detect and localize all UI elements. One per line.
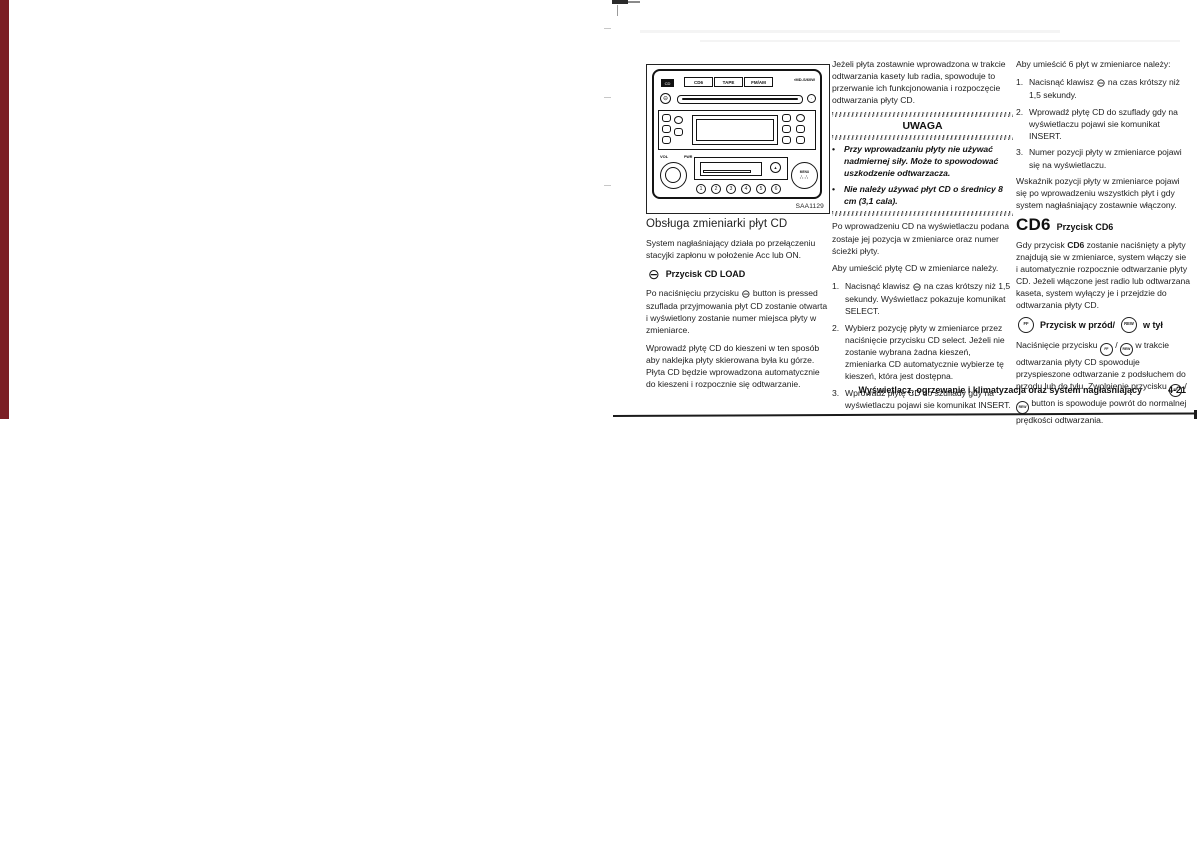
menu-knob: MENU ∴∴ — [791, 162, 818, 189]
bullet-text: Przy wprowadzaniu płyty nie używać nadmi… — [844, 143, 1013, 179]
radio-key — [782, 114, 791, 122]
figure-caption: SAA1129 — [796, 203, 824, 210]
radio-mid-panel — [658, 110, 816, 150]
page-footer: Wyświetlacz, ogrzewanie i klimatyzacja o… — [0, 385, 1186, 395]
cd6-heading-big: CD6 — [1016, 219, 1051, 231]
column-middle: Jeżeli płyta zostawnie wprowadzona w tra… — [832, 58, 1013, 416]
paragraph: Aby umieścić 6 płyt w zmieniarce należy: — [1016, 58, 1190, 70]
scan-mark-top-2 — [628, 1, 640, 3]
preset-label: 1 — [700, 186, 703, 192]
list-number: 3. — [1016, 146, 1029, 170]
hatch-rule — [832, 135, 1013, 140]
radio-key — [782, 136, 791, 144]
list-item: 2. Wprowadź płytę CD do szuflady gdy na … — [1016, 106, 1190, 142]
dot: · — [811, 96, 812, 101]
cd-load-heading-label: Przycisk CD LOAD — [666, 268, 746, 280]
list-number: 1. — [832, 280, 845, 318]
uwaga-box: UWAGA •Przy wprowadzaniu płyty nie używa… — [832, 112, 1013, 217]
paragraph: Wskaźnik pozycji płyty w zmieniarce poja… — [1016, 175, 1190, 211]
list-text: Wprowadź płytę CD do szuflady gdy na wyś… — [1029, 106, 1190, 142]
preset-label: 3 — [730, 186, 733, 192]
cd-load-icon: ⊖ — [741, 288, 750, 300]
cassette-slot: ▲ — [694, 157, 788, 180]
cassette-door-line — [703, 170, 751, 173]
paragraph: System nagłaśniający działa po przełącze… — [646, 237, 830, 261]
preset-button-5: 5 — [756, 184, 766, 194]
radio-display-inner — [696, 119, 774, 141]
registration-tick — [604, 97, 611, 98]
list-text: Nacisnąć klawisz ⊖ na czas krótszy niż 1… — [1029, 76, 1190, 102]
registration-tick — [604, 28, 611, 29]
radio-button-fmam: FM/AM — [744, 77, 773, 87]
bullet-dot: • — [832, 143, 844, 179]
fast-forward-icon: FF — [1018, 317, 1034, 333]
list-text: Numer pozycji płyty w zmieniarce pojawi … — [1029, 146, 1190, 170]
ff-glyph: FF — [1023, 322, 1028, 326]
list-item: 3. Numer pozycji płyty w zmieniarce poja… — [1016, 146, 1190, 170]
uwaga-bullet: •Przy wprowadzaniu płyty nie używać nadm… — [832, 143, 1013, 179]
cd6-inline: CD6 — [1067, 240, 1084, 250]
footer-title: Wyświetlacz, ogrzewanie i klimatyzacja o… — [859, 385, 1142, 395]
menu-knob-dots: ∴∴ — [800, 174, 810, 181]
radio-key — [782, 125, 791, 133]
radio-key — [796, 114, 805, 122]
column-left: Obsługa zmieniarki płyt CD System nagłaś… — [646, 218, 830, 396]
rew-glyph: REW — [1123, 348, 1131, 351]
rew-glyph: REW — [1019, 406, 1027, 409]
cd-load-icon: ⊖ — [648, 267, 660, 281]
hatch-rule — [832, 211, 1013, 216]
list-item: 2. Wybierz pozycję płyty w zmieniarce pr… — [832, 322, 1013, 382]
section-heading: Obsługa zmieniarki płyt CD — [646, 218, 830, 230]
page-number: 4-21 — [1168, 385, 1186, 395]
cd-load-button-icon: ⊖ — [660, 93, 671, 104]
radio-key — [662, 136, 671, 144]
preset-button-1: 1 — [696, 184, 706, 194]
preset-label: 4 — [745, 186, 748, 192]
radio-badge: CD — [661, 79, 674, 87]
rew-glyph: REW — [1124, 322, 1134, 326]
column-right: Aby umieścić 6 płyt w zmieniarce należy:… — [1016, 58, 1190, 432]
cd6-heading-sub: Przycisk CD6 — [1057, 221, 1114, 233]
volume-knob-inner — [665, 167, 681, 183]
list-number: 2. — [832, 322, 845, 382]
radio-key — [662, 125, 671, 133]
fmam-button-label: FM/AM — [751, 80, 766, 85]
bottom-rule-cap — [1194, 410, 1197, 419]
paragraph: Jeżeli płyta zostawnie wprowadzona w tra… — [832, 58, 1013, 106]
bullet-text: Nie należy używać płyt CD o średnicy 8 c… — [844, 183, 1013, 207]
scan-mark-top — [612, 0, 628, 4]
radio-small-button: · — [807, 94, 816, 103]
pwr-label: PWR — [684, 156, 692, 160]
radio-button-tape: TAPE — [714, 77, 743, 87]
radio-key — [796, 125, 805, 133]
radio-key — [674, 128, 683, 136]
scan-noise — [700, 40, 1180, 42]
rew-heading-label: w tył — [1143, 319, 1163, 331]
cassette-door — [700, 162, 762, 176]
paragraph: Po wprowadzeniu CD na wyświetlaczu podan… — [832, 220, 1013, 256]
cd-slot-inner — [682, 98, 798, 100]
list-item: 1. Nacisnąć klawisz ⊖ na czas krótszy ni… — [1016, 76, 1190, 102]
uwaga-bullet: •Nie należy używać płyt CD o średnicy 8 … — [832, 183, 1013, 207]
cd-load-icon: ⊖ — [912, 281, 921, 293]
uwaga-title: UWAGA — [832, 120, 1013, 132]
eject-button: ▲ — [770, 162, 781, 173]
radio-key — [662, 114, 671, 122]
text-run: Po naciśnięciu przycisku — [646, 288, 739, 298]
list-number: 1. — [1016, 76, 1029, 102]
list-item: 1. Nacisnąć klawisz ⊖ na czas krótszy ni… — [832, 280, 1013, 318]
paragraph: Gdy przycisk CD6 zostanie naciśnięty a p… — [1016, 239, 1190, 312]
preset-label: 2 — [715, 186, 718, 192]
list-number: 2. — [1016, 106, 1029, 142]
binding-accent-strip — [0, 0, 9, 419]
list-text: Nacisnąć klawisz ⊖ na czas krótszy niż 1… — [845, 280, 1013, 318]
preset-button-3: 3 — [726, 184, 736, 194]
cd-load-icon: ⊖ — [1096, 77, 1105, 89]
preset-label: 6 — [775, 186, 778, 192]
text-run: zostanie naciśnięty a płyty znajdują sie… — [1016, 240, 1190, 310]
radio-key — [796, 136, 805, 144]
cd6-heading: CD6 Przycisk CD6 — [1016, 219, 1190, 233]
preset-button-2: 2 — [711, 184, 721, 194]
eject-icon: ▲ — [774, 165, 778, 170]
cd6-button-label: CD6 — [694, 80, 703, 85]
slash-separator: / — [1115, 340, 1117, 350]
paragraph: Aby umieścić płytę CD w zmieniarce należ… — [832, 262, 1013, 274]
fast-forward-icon: FF — [1100, 343, 1113, 356]
preset-button-6: 6 — [771, 184, 781, 194]
radio-key — [674, 116, 683, 124]
ff-heading-label: Przycisk w przód/ — [1040, 319, 1115, 331]
list-text: Wybierz pozycję płyty w zmieniarce przez… — [845, 322, 1013, 382]
volume-knob — [660, 162, 687, 189]
cd-load-glyph: ⊖ — [663, 95, 668, 102]
text-run: Gdy przycisk — [1016, 240, 1065, 250]
bullet-dot: • — [832, 183, 844, 207]
vol-label: VOL — [660, 155, 668, 159]
rewind-icon: REW — [1121, 317, 1137, 333]
paragraph: Po naciśnięciu przycisku ⊖ button is pre… — [646, 287, 830, 337]
preset-label: 5 — [760, 186, 763, 192]
radio-illustration: CD CD6 TAPE FM/AM ▪MD-S/60W ⊖ · VOL PWR — [652, 69, 822, 199]
figure-radio: CD CD6 TAPE FM/AM ▪MD-S/60W ⊖ · VOL PWR — [646, 64, 830, 214]
scan-tick — [617, 5, 618, 16]
ff-glyph: FF — [1104, 348, 1108, 351]
radio-badge-label: CD — [665, 81, 671, 86]
radio-logo: ▪MD-S/60W — [794, 78, 815, 82]
registration-tick — [604, 185, 611, 186]
cd-load-heading: ⊖ Przycisk CD LOAD — [648, 267, 830, 281]
ff-rew-heading: FF Przycisk w przód/ REW w tył — [1018, 317, 1190, 333]
text-run: Nacisnąć klawisz — [845, 281, 910, 291]
text-run: Nacisnąć klawisz — [1029, 77, 1094, 87]
text-run: Naciśnięcie przycisku — [1016, 340, 1098, 350]
hatch-rule — [832, 112, 1013, 117]
radio-button-cd6: CD6 — [684, 77, 713, 87]
preset-button-4: 4 — [741, 184, 751, 194]
rewind-icon: REW — [1120, 343, 1133, 356]
scan-noise — [640, 30, 1060, 33]
tape-button-label: TAPE — [723, 80, 735, 85]
paragraph: Wprowadź płytę CD do kieszeni w ten spos… — [646, 342, 830, 390]
